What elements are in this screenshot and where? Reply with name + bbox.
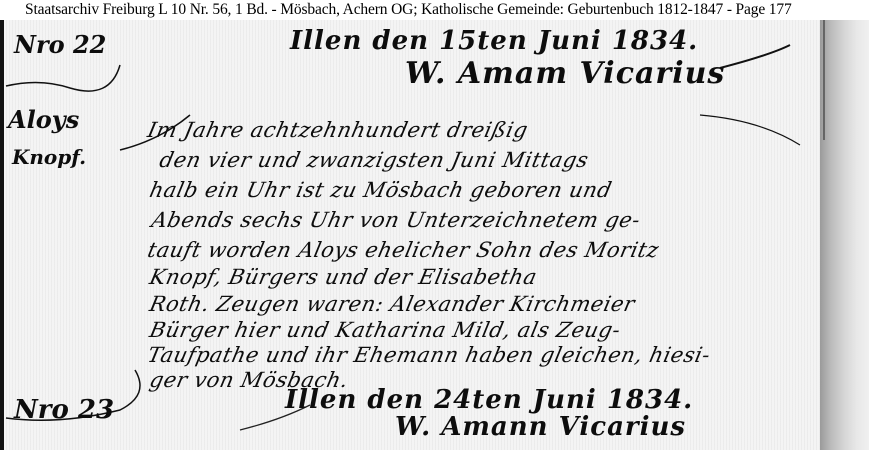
header-signature: W. Amam Vicarius (405, 56, 725, 91)
footer-date-line: Illen den 24ten Juni 1834. (285, 385, 693, 415)
margin-child-name: Aloys (8, 105, 79, 134)
body-line: Taufpathe und ihr Ehemann haben gleichen… (145, 343, 712, 367)
body-line: halb ein Uhr ist zu Mösbach geboren und (147, 178, 614, 202)
entry-number-next: Nro 23 (14, 395, 114, 425)
header-date-line: Illen den 15ten Juni 1834. (290, 26, 698, 56)
body-line: Knopf, Bürgers und der Elisabetha (147, 265, 539, 289)
footer-signature: W. Amann Vicarius (395, 412, 686, 442)
body-line: Roth. Zeugen waren: Alexander Kirchmeier (147, 292, 637, 316)
entry-number: Nro 22 (14, 30, 106, 59)
margin-family-name: Knopf. (12, 145, 86, 169)
archive-caption: Staatsarchiv Freiburg L 10 Nr. 56, 1 Bd.… (0, 0, 869, 20)
body-line: Bürger hier und Katharina Mild, als Zeug… (147, 318, 622, 342)
document-scan: Nro 22 Aloys Knopf. Illen den 15ten Juni… (0, 20, 869, 450)
body-line: den vier und zwanzigsten Juni Mittags (157, 148, 590, 172)
body-line: tauft worden Aloys ehelicher Sohn des Mo… (145, 238, 661, 262)
body-line: Abends sechs Uhr von Unterzeichnetem ge- (149, 208, 642, 232)
body-line: Im Jahre achtzehnhundert dreißig (145, 118, 530, 142)
